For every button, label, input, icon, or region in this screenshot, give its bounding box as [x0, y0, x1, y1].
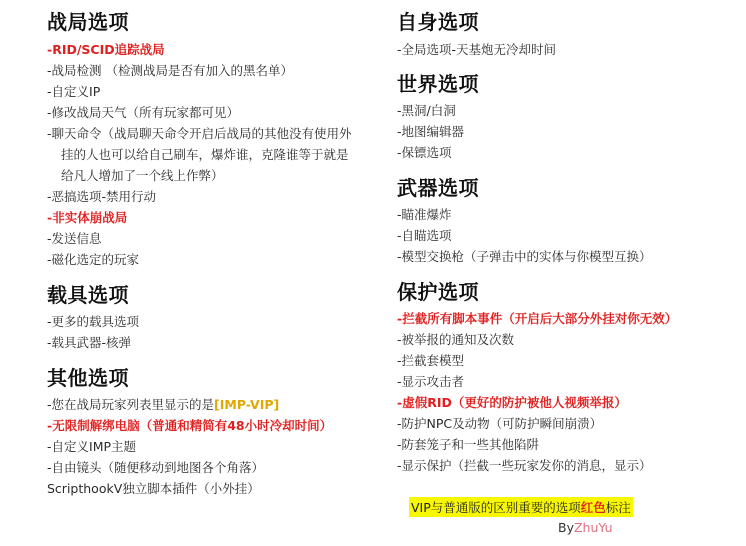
- list-item: -瞄准爆炸: [397, 205, 452, 225]
- list-item: -被举报的通知及次数: [397, 330, 514, 350]
- list-item: -保镖选项: [397, 143, 452, 163]
- note-text: 标注: [606, 500, 631, 515]
- list-item: -载具武器-核弹: [47, 333, 131, 353]
- byline-prefix: By: [558, 520, 574, 535]
- list-item: -战局检测 （检测战局是否有加入的黑名单）: [47, 61, 293, 81]
- list-item: -拦截套模型: [397, 351, 464, 371]
- list-item: -防套笼子和一些其他陷阱: [397, 435, 539, 455]
- list-item: -无限制解绑电脑（普通和精简有48小时冷却时间）: [47, 416, 332, 436]
- list-item: -更多的载具选项: [47, 312, 139, 332]
- list-item: -您在战局玩家列表里显示的是[IMP-VIP]: [47, 395, 279, 415]
- legend-note: VIP与普通版的区别重要的选项红色标注: [409, 497, 633, 517]
- section-title-weapon: 武器选项: [397, 172, 479, 201]
- section-title-world: 世界选项: [397, 68, 479, 97]
- list-item: -恶搞选项-禁用行动: [47, 187, 156, 207]
- list-item-line: 给凡人增加了一个线上作弊）: [47, 166, 352, 186]
- list-item-multiline: -聊天命令（战局聊天命令开启后战局的其他没有使用外 挂的人也可以给自己刷车，爆炸…: [47, 124, 352, 186]
- list-item: -地图编辑器: [397, 122, 464, 142]
- list-item: -拦截所有脚本事件（开启后大部分外挂对你无效）: [397, 309, 677, 329]
- list-item: ScripthookV独立脚本插件（小外挂）: [47, 479, 260, 499]
- list-item: -模型交换枪（子弹击中的实体与你模型互换）: [397, 247, 652, 267]
- list-item: -显示攻击者: [397, 372, 464, 392]
- list-item: -自瞄选项: [397, 226, 452, 246]
- list-item: -自由镜头（随便移动到地图各个角落）: [47, 458, 264, 478]
- list-item: -发送信息: [47, 229, 102, 249]
- note-text: VIP与普通版的区别重要的选项: [411, 500, 581, 515]
- list-item: -虚假RID（更好的防护被他人视频举报）: [397, 393, 627, 413]
- section-title-vehicle: 载具选项: [47, 279, 129, 308]
- list-item: -修改战局天气（所有玩家都可见）: [47, 103, 239, 123]
- list-item-line: -聊天命令（战局聊天命令开启后战局的其他没有使用外: [47, 124, 352, 144]
- section-title-session: 战局选项: [47, 6, 129, 35]
- list-item: -自定义IP: [47, 82, 100, 102]
- list-item: -防护NPC及动物（可防护瞬间崩溃）: [397, 414, 602, 434]
- section-title-other: 其他选项: [47, 362, 129, 391]
- list-item-line: 挂的人也可以给自己刷车，爆炸谁，克隆谁等于就是: [47, 145, 352, 165]
- list-item: -自定义IMP主题: [47, 437, 136, 457]
- vip-tag: [IMP-VIP]: [214, 397, 279, 412]
- note-highlight: 红色: [581, 500, 606, 515]
- list-item: -非实体崩战局: [47, 208, 127, 228]
- list-item: -磁化选定的玩家: [47, 250, 139, 270]
- section-title-self: 自身选项: [397, 6, 479, 35]
- author-name: ZhuYu: [574, 520, 613, 535]
- list-item: -RID/SCID追踪战局: [47, 40, 165, 60]
- section-title-protection: 保护选项: [397, 276, 479, 305]
- list-item-text: -您在战局玩家列表里显示的是: [47, 397, 214, 412]
- byline: ByZhuYu: [558, 520, 613, 535]
- list-item: -全局选项-天基炮无冷却时间: [397, 40, 556, 60]
- list-item: -黑洞/白洞: [397, 101, 456, 121]
- list-item: -显示保护（拦截一些玩家发你的消息，显示）: [397, 456, 652, 476]
